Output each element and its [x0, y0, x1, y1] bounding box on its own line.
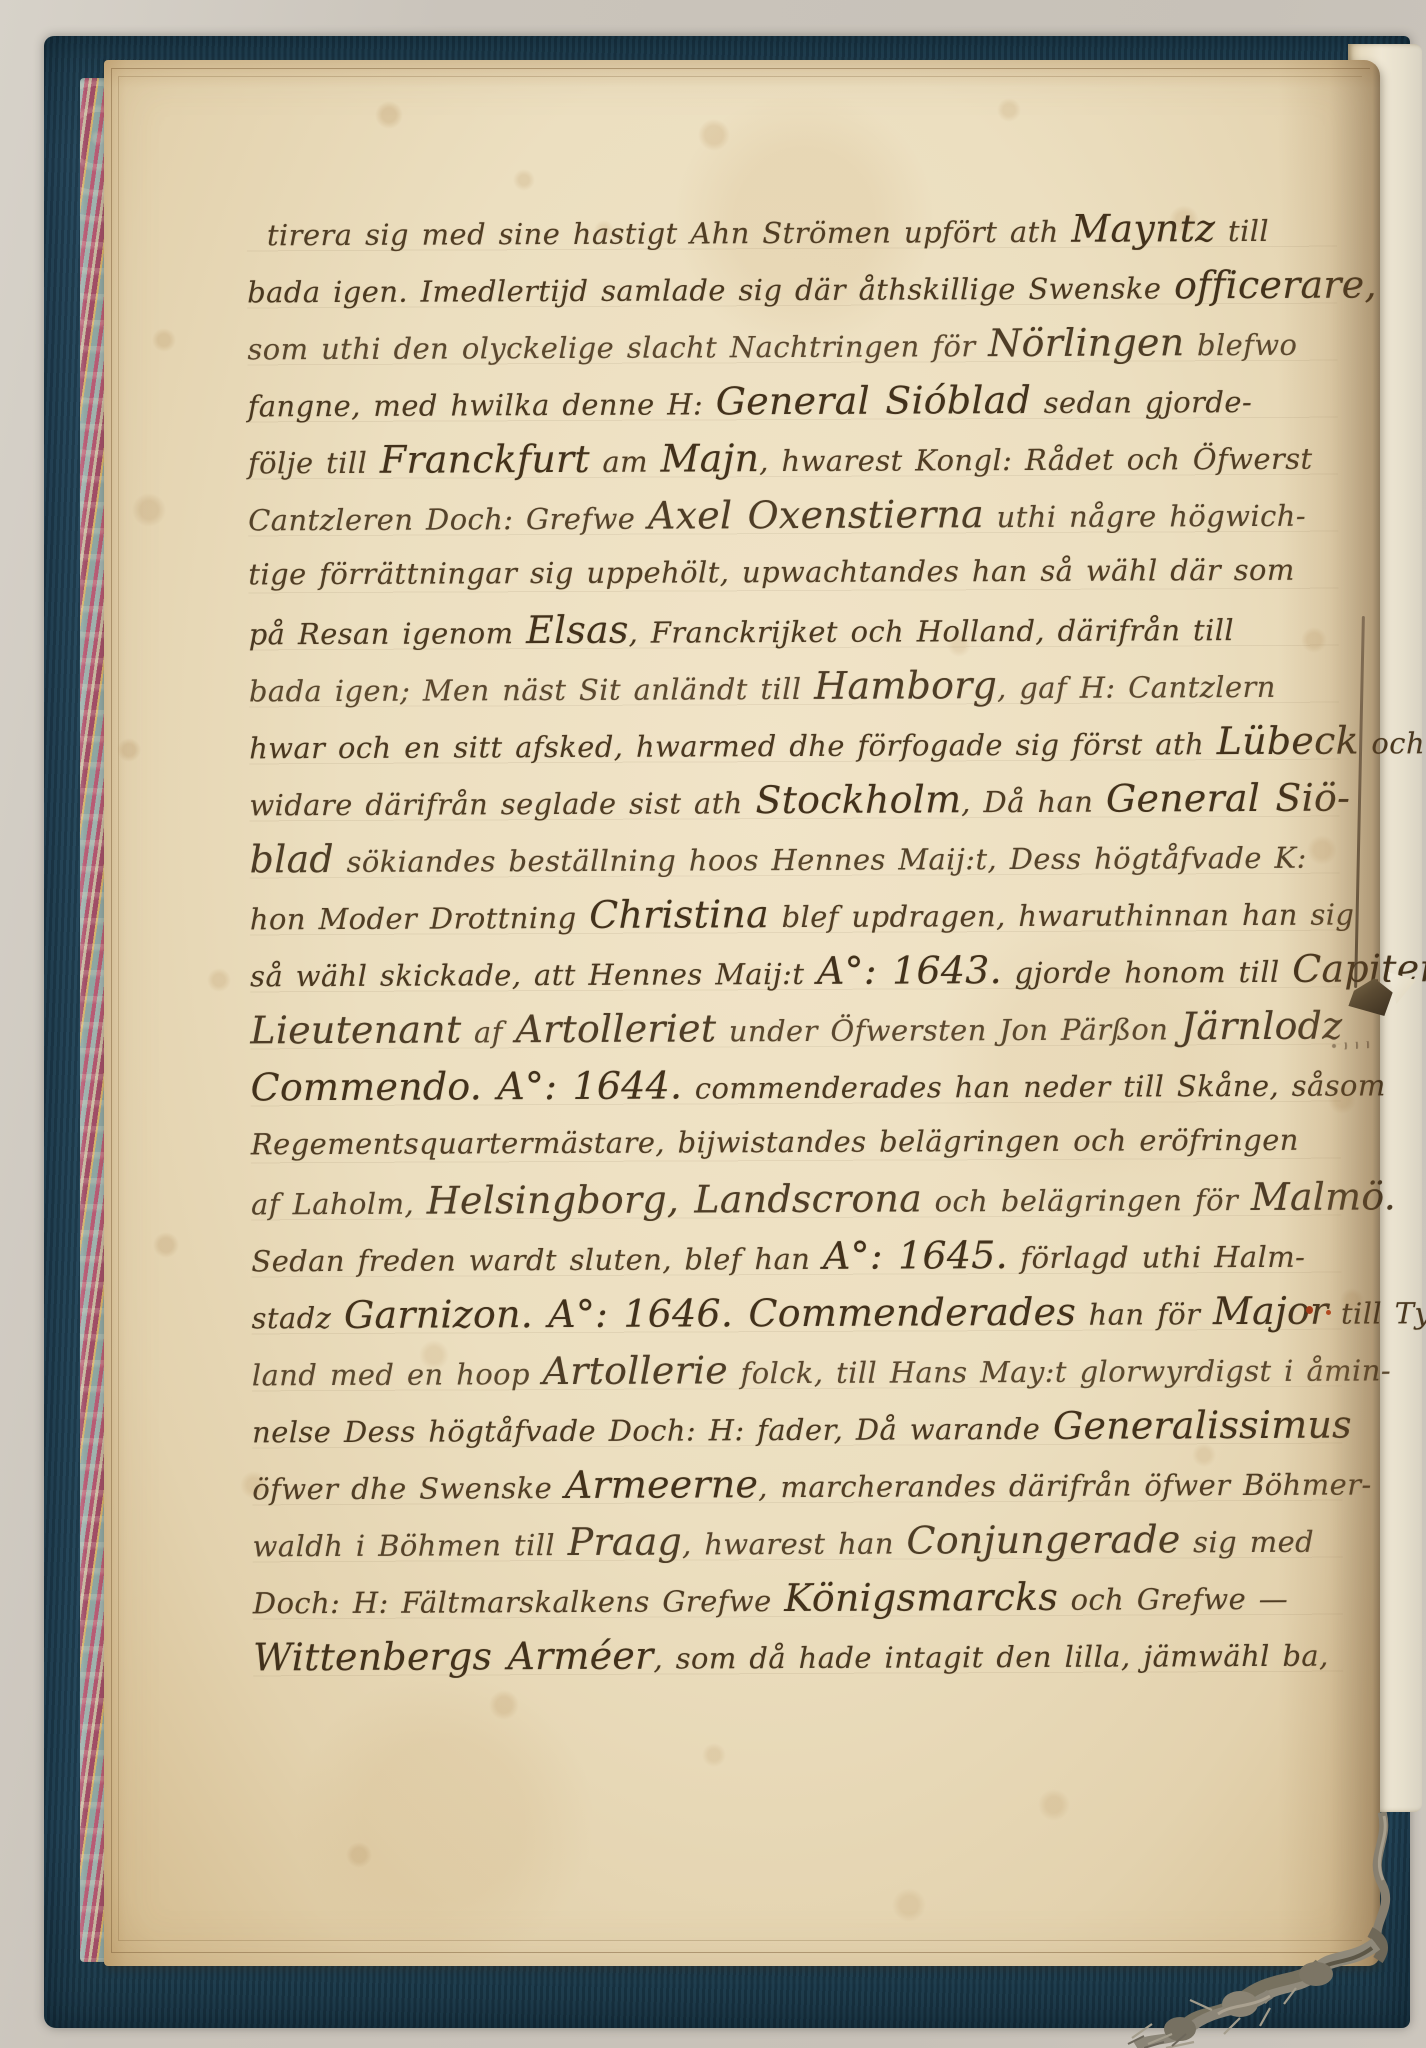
handwritten-text: tige förrättningar sig uppehölt, upwacht… [248, 553, 1295, 592]
handwritten-text: stadz [252, 1301, 344, 1335]
manuscript-line: på Resan igenom Elsas, Franckrijket och … [249, 599, 1339, 661]
handwritten-text: af [461, 1015, 515, 1049]
handwritten-text: , som då hade intagit den lilla, jämwähl… [653, 1639, 1328, 1676]
emphasized-word: Artollerie [542, 1348, 728, 1393]
handwritten-text: så wähl skickade, att Hennes Maij:t [250, 957, 817, 993]
manuscript-line: Lieutenant af Artolleriet under Öfwerste… [250, 998, 1340, 1060]
manuscript-line: så wähl skickade, att Hennes Maij:t A°: … [250, 941, 1340, 1003]
handwritten-text: till Tyst- [1328, 1296, 1426, 1331]
handwritten-text: förlagd uthi Halm- [1008, 1240, 1306, 1275]
emphasized-word: Garnizon. A°: 1646. Commenderades [344, 1290, 1076, 1337]
emphasized-word: Majn [661, 436, 760, 480]
handwritten-text: hon Moder Drottning [250, 901, 589, 936]
emphasized-word: Christina [589, 892, 769, 937]
manuscript-line: Wittenbergs Arméer, som då hade intagit … [253, 1625, 1343, 1687]
manuscript-line: Sedan freden wardt sluten, blef han A°: … [251, 1226, 1341, 1288]
emphasized-word: blad [250, 837, 334, 881]
manuscript-line: af Laholm, Helsingborg, Landscrona och b… [251, 1169, 1341, 1231]
manuscript-line: Regementsquartermästare, bijwistandes be… [251, 1112, 1341, 1174]
manuscript-line: waldh i Böhmen till Praag, hwarest han C… [252, 1511, 1342, 1573]
handwritten-text: , Franckrijket och Holland, därifrån til… [629, 613, 1235, 650]
handwritten-text: tirera sig med sine hastigt Ahn Strömen … [267, 215, 1072, 253]
emphasized-word: General Siö- [1106, 776, 1350, 821]
emphasized-word: officerare, [1174, 262, 1377, 307]
manuscript-line: Cantzleren Doch: Grefwe Axel Oxenstierna… [248, 485, 1338, 547]
handwritten-text: som uthi den olyckelige slacht Nachtring… [247, 329, 988, 366]
emphasized-word: Artolleriet [515, 1006, 716, 1051]
handwritten-text: han för [1076, 1297, 1213, 1332]
handwritten-text: widare därifrån seglade sist ath [249, 786, 755, 822]
emphasized-word: Franckfurt [380, 437, 590, 482]
handwritten-text: och belägringen för [922, 1183, 1251, 1218]
emphasized-word: Stockholm [755, 777, 961, 822]
red-speck [1306, 1306, 1313, 1314]
handwritten-text: följe till [248, 446, 380, 481]
manuscript-line: widare därifrån seglade sist ath Stockho… [249, 770, 1339, 832]
manuscript-line: nelse Dess högtåfvade Doch: H: fader, Då… [252, 1397, 1342, 1459]
manuscript-line: Doch: H: Fältmarskalkens Grefwe Königsma… [253, 1568, 1343, 1630]
handwritten-text: am [590, 445, 661, 479]
handwritten-text: och Grefwe — [1058, 1582, 1288, 1617]
handwritten-text: Cantzleren Doch: Grefwe [248, 502, 648, 538]
manuscript-line: öfwer dhe Swenske Armeerne, marcherandes… [252, 1454, 1342, 1516]
handwritten-text: öfwer dhe Swenske [252, 1471, 565, 1506]
emphasized-word: Lieutenant [250, 1007, 461, 1052]
handwritten-text: , gaf H: Cantzlern [997, 670, 1276, 705]
handwritten-text: bada igen; Men näst Sit anländt till [249, 672, 814, 708]
handwritten-text: blef updragen, hwaruthinnan han sig [769, 898, 1355, 935]
handwritten-text: och [1359, 726, 1425, 760]
emphasized-word: Conjungerade [906, 1517, 1180, 1562]
manuscript-line: blad sökiandes beställning hoos Hennes M… [250, 827, 1340, 889]
handwritten-text: waldh i Böhmen till [253, 1528, 568, 1563]
manuscript-line: land med en hoop Artollerie folck, till … [252, 1340, 1342, 1402]
emphasized-word: A°: 1645. [823, 1233, 1008, 1278]
handwritten-text: sökiandes beställning hoos Hennes Maij:t… [334, 841, 1307, 879]
handwritten-text: Doch: H: Fältmarskalkens Grefwe [253, 1584, 785, 1620]
emphasized-word: Mayntz [1071, 206, 1215, 251]
handwritten-text: gjorde honom till [1002, 955, 1292, 990]
handwritten-text: sedan gjorde- [1031, 385, 1252, 420]
manuscript-line: tirera sig med sine hastigt Ahn Strömen … [247, 200, 1337, 262]
red-speck [1326, 1310, 1331, 1315]
handwritten-text: på Resan igenom [249, 616, 527, 651]
book-scan: tirera sig med sine hastigt Ahn Strömen … [0, 0, 1426, 2048]
handwritten-text: blefwo [1184, 328, 1297, 362]
handwritten-text: fangne, med hwilka denne H: [248, 387, 716, 423]
manuscript-line: Commendo. A°: 1644. commenderades han ne… [251, 1055, 1341, 1117]
emphasized-word: Lübeck [1217, 719, 1359, 764]
manuscript-line: som uthi den olyckelige slacht Nachtring… [247, 314, 1337, 376]
handwritten-text: uthi någre högwich- [984, 499, 1306, 534]
emphasized-word: Praag [568, 1519, 683, 1563]
emphasized-word: Nörlingen [988, 320, 1184, 365]
handwritten-text: af Laholm, [251, 1187, 427, 1222]
manuscript-line: hon Moder Drottning Christina blef updra… [250, 884, 1340, 946]
handwritten-text: sig med [1180, 1525, 1314, 1560]
handwritten-text: , hwarest han [682, 1527, 907, 1562]
manuscript-line: fangne, med hwilka denne H: General Siób… [248, 371, 1338, 433]
emphasized-word: Armeerne [565, 1462, 759, 1507]
emphasized-word: General Sióblad [716, 378, 1032, 423]
handwritten-text: under Öfwersten Jon Pärßon [716, 1012, 1181, 1048]
emphasized-word: Järnlodz [1181, 1004, 1343, 1049]
handwritten-text: till [1215, 214, 1269, 248]
emphasized-word: Hamborg [814, 663, 997, 708]
handwritten-text: Regementsquartermästare, bijwistandes be… [251, 1123, 1299, 1162]
handwritten-text: bada igen. Imedlertijd samlade sig där å… [247, 271, 1174, 309]
handwritten-text: folck, till Hans May:t glorwyrdigst i åm… [728, 1353, 1391, 1390]
manuscript-line: följe till Franckfurt am Majn, hwarest K… [248, 428, 1338, 490]
manuscript-line: tige förrättningar sig uppehölt, upwacht… [248, 542, 1338, 604]
emphasized-word: Königsmarcks [784, 1575, 1058, 1620]
handwritten-text: , marcherandes därifrån öfwer Böhmer- [758, 1467, 1372, 1504]
handwritten-text: nelse Dess högtåfvade Doch: H: fader, Då… [252, 1412, 1053, 1449]
emphasized-word: Generalissimus [1053, 1403, 1352, 1448]
emphasized-word: Helsingborg, Landscrona [427, 1176, 923, 1222]
handwritten-text: land med en hoop [252, 1357, 543, 1392]
manuscript-line: stadz Garnizon. A°: 1646. Commenderades … [251, 1283, 1341, 1345]
manuscript-page: tirera sig med sine hastigt Ahn Strömen … [104, 60, 1380, 1966]
emphasized-word: Axel Oxenstierna [648, 492, 984, 537]
bookmark-tassel [1120, 1812, 1426, 2048]
emphasized-word: Malmö. [1251, 1174, 1396, 1219]
emphasized-word: A°: 1643. [817, 948, 1002, 993]
manuscript-line: bada igen. Imedlertijd samlade sig där å… [247, 257, 1337, 319]
handwritten-text: , Då han [961, 785, 1106, 820]
manuscript-line: hwar och en sitt afsked, hwarmed dhe för… [249, 713, 1339, 775]
emphasized-word: Elsas [526, 608, 629, 652]
text-block: tirera sig med sine hastigt Ahn Strömen … [247, 200, 1343, 1687]
handwritten-text: , hwarest Kongl: Rådet och Öfwerst [759, 442, 1312, 478]
handwritten-text: commenderades han neder till Skåne, såso… [682, 1068, 1386, 1105]
handwritten-text: Sedan freden wardt sluten, blef han [251, 1242, 823, 1278]
emphasized-word: Commendo. A°: 1644. [251, 1063, 683, 1109]
emphasized-word: Wittenbergs Arméer [253, 1634, 654, 1680]
handwritten-text: hwar och en sitt afsked, hwarmed dhe för… [249, 727, 1217, 765]
manuscript-line: bada igen; Men näst Sit anländt till Ham… [249, 656, 1339, 718]
